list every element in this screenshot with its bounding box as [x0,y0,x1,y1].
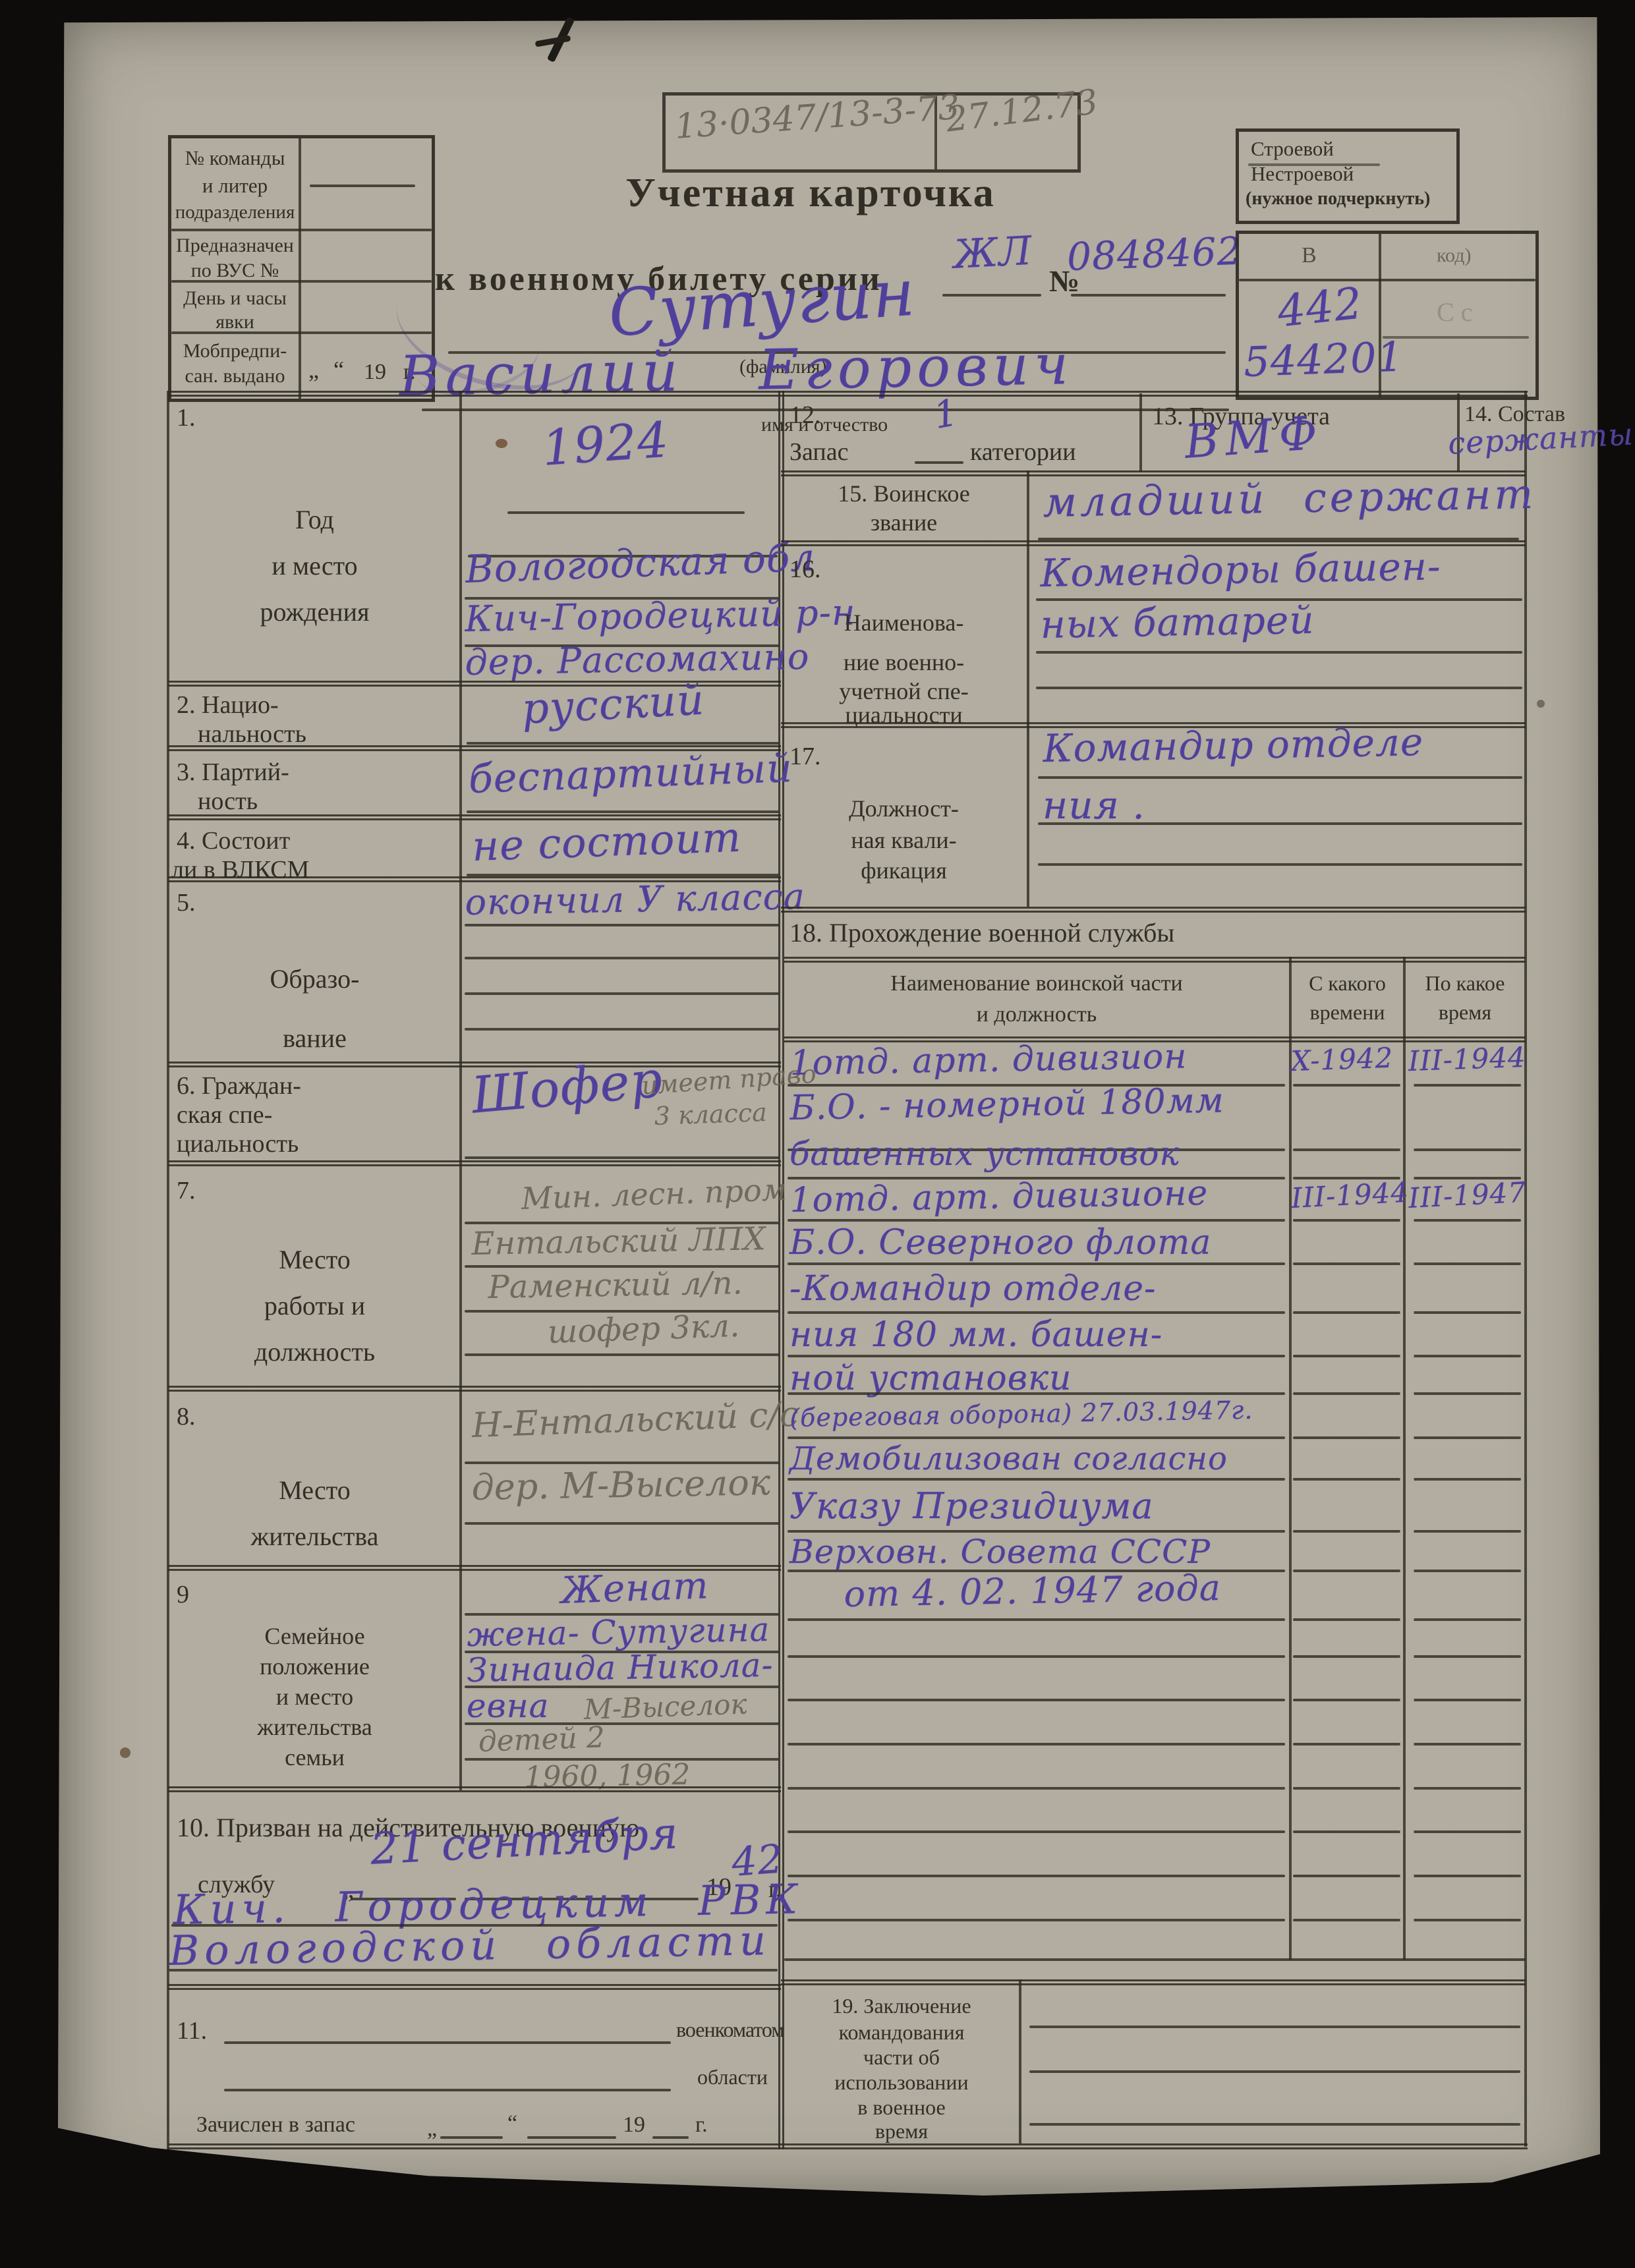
rule [1293,1919,1521,1921]
s18-service-line: Б.О. - номерной 180мм [789,1081,1224,1127]
rule [465,1156,779,1159]
s8-label: жительства [168,1521,461,1552]
rule [788,1787,1285,1790]
rule [788,1875,1285,1877]
rule [224,2089,671,2091]
rule [465,957,779,959]
label-mob-order: Мобпредпи- [171,340,299,362]
rule [942,294,1041,297]
rule [788,1830,1285,1833]
corner-box: № команды и литер подразделения Предназн… [168,135,435,402]
rule [1293,1530,1521,1533]
year-print: 19 [364,360,386,385]
s18-service-line: Указу Президиума [789,1485,1154,1527]
s8-num: 8. [177,1402,196,1431]
s8-residence-line: дер. М-Выселок [471,1461,771,1508]
s2-label: нальность [198,720,306,749]
s9-label: Семейное [168,1622,461,1650]
s18-col2-header: времени [1292,1000,1403,1025]
registry-stamp-box: 13·0347/13-3-73 27.12.73 [662,92,1081,173]
s16-label: ние военно- [781,648,1027,676]
s7-work-line: Раменский л/п. [488,1264,743,1306]
rule [527,2136,616,2139]
rule [465,992,779,995]
s16-label: Наименова- [781,609,1027,637]
s9-family-line: евна [467,1687,549,1725]
s6-pencil-note: 3 класса [654,1098,767,1131]
rule [1524,391,1527,2147]
rule [788,1311,1285,1314]
s6-label: циальность [177,1129,299,1158]
stain [120,1747,130,1758]
card-title: Учетная карточка [613,170,1008,217]
stain [496,439,507,448]
s13-group-value: ВМФ [1183,405,1325,469]
s4-label: 4. Состоит [177,826,290,855]
s7-label: Место [168,1244,461,1275]
vus-code-value: 544201 [1243,333,1404,386]
rule [1293,1148,1521,1151]
s18-from: X-1942 [1290,1042,1394,1077]
s11-quote: „ [427,2116,437,2141]
label-mob-order: сан. выдано [171,365,299,387]
rule [788,1392,1285,1395]
scanned-card-page: № команды и литер подразделения Предназн… [0,0,1635,2268]
s18-service-line: Б.О. Северного флота [789,1223,1211,1262]
quote-mark: “ [333,356,344,383]
rule [168,391,1528,397]
rule [168,1386,781,1392]
s9-label: и место [168,1683,461,1711]
s11-voenkomat: военкоматом [676,2018,784,2042]
s6-label: 6. Граждан- [177,1071,301,1100]
rule [440,2136,503,2139]
s19-label: командования [784,2020,1019,2045]
s4-komsomol: не состоит [471,813,742,870]
s1-birth-village: дер. Рассомахино [465,636,810,683]
s16-vus-name: ных батарей [1040,598,1315,647]
s2-label: 2. Нацио- [177,691,279,720]
s17-position: Командир отделе [1043,720,1424,771]
rule [784,1958,1526,1961]
rule [1293,1262,1521,1265]
rule [310,184,415,187]
stroevoi-box: Строевой Нестроевой (нужное подчеркнуть) [1236,128,1460,224]
s9-num: 9 [177,1580,189,1609]
faint-stamp: С с [1437,297,1472,327]
s19-label: время [784,2119,1019,2143]
label-vus-purpose: Предназначен [171,235,299,257]
s7-label: работы и [168,1290,461,1321]
s5-num: 5. [177,888,196,917]
s2-nationality: русский [521,675,706,733]
rule [1029,2026,1520,2028]
rule [465,1522,779,1525]
s11-quote: “ [507,2111,517,2136]
vus-code-header: код) [1437,244,1471,267]
rule [1293,1830,1521,1833]
rule [788,1618,1285,1621]
s16-num: 16. [789,555,821,584]
rule [1036,687,1522,689]
s18-service-line: Верховн. Совета СССР [789,1533,1211,1571]
s5-label: вание [168,1023,461,1054]
rule [1071,294,1226,297]
rule [1029,2123,1520,2126]
s3-label: 3. Партий- [177,758,289,787]
s19-label: в военное [784,2095,1019,2120]
rule [1036,651,1522,654]
rule [1293,1743,1521,1745]
rule [224,2041,671,2044]
rule [1293,1478,1521,1481]
rule [1038,776,1522,779]
s18-title: 18. Прохождение военной службы [789,917,1174,948]
label-team-number: № команды [171,146,299,170]
s18-col1-header: и должность [784,1002,1289,1027]
rule [788,1478,1285,1481]
s17-label: ная квали- [781,826,1027,854]
rule [788,1919,1285,1921]
s17-label: Должност- [781,795,1027,822]
rule [465,1353,779,1356]
s11-num: 11. [177,2016,207,2045]
s18-service-line: Демобилизован согласно [789,1440,1228,1477]
s18-service-line: -Командир отделе- [789,1269,1157,1309]
s11-g: г. [695,2112,708,2138]
rule [1293,1084,1521,1087]
s18-service-line: 1отд. арт. дивизион [789,1036,1188,1083]
s9-pencil-note: детей 2 [478,1720,606,1759]
ticket-number-value: 0848462 [1066,229,1243,279]
s18-service-line: башенных установок [789,1135,1180,1173]
s18-service-line: ния 180 мм. башен- [789,1315,1162,1355]
s18-service-line: от 4. 02. 1947 года [844,1567,1221,1615]
rule [422,409,1229,411]
rule [1293,1699,1521,1701]
s7-work-line: Ентальский ЛПХ [471,1220,766,1262]
s12-label: Запас [789,438,848,467]
s6-label: ская спе- [177,1100,272,1129]
s15-rank-value: младший сержант [1043,470,1537,526]
s15-label: 15. Воинское [781,480,1027,507]
s12-label2: категории [970,438,1076,467]
rule [467,742,779,745]
rule [788,1262,1285,1265]
s18-col2-header: С какого [1292,971,1403,996]
rule [788,1355,1285,1357]
rule [788,1655,1285,1658]
rule [1293,1570,1521,1572]
s5-education: окончил У класса [465,876,805,923]
ticket-series-value: ЖЛ [952,228,1033,278]
s18-col3-header: По какое [1406,971,1524,996]
rule [652,2136,689,2139]
s9-family-line: Зинаида Никола- [467,1646,774,1689]
rule [1038,863,1522,866]
s9-family-status: Женат [560,1564,710,1612]
label-report-time: День и часы [171,287,299,310]
name-patronymic-value: Василий Егорович [399,332,1074,409]
s11-reserve: Зачислен в запас [196,2112,355,2138]
s9-pencil-note: М-Выселок [583,1687,747,1726]
rule [168,1160,781,1166]
s19-label: части об [784,2045,1019,2070]
s3-label: ность [198,787,258,816]
quote-mark: „ [308,356,319,383]
s11-oblast: области [697,2065,768,2089]
rule [1027,470,1029,907]
s1-birth-year: 1924 [540,412,671,477]
rule [1293,1311,1521,1314]
s19-label: 19. Заключение [784,1994,1019,2018]
rule [1019,1979,1021,2143]
s9-label: жительства [168,1713,461,1741]
s5-label: Образо- [168,963,461,994]
s17-num: 17. [789,742,821,771]
s1-label: Год [168,504,461,535]
s18-col1-header: Наименование воинской части [784,971,1289,996]
s16-vus-name: Комендоры башен- [1040,544,1441,596]
rule [1293,1655,1521,1658]
rule [1293,1618,1521,1621]
rule [1239,279,1535,281]
s18-col3-header: время [1406,1000,1524,1025]
label-report-time: явки [171,311,299,333]
rule [465,1028,779,1031]
rule [171,229,432,231]
vus-header: В [1302,243,1317,268]
rule [788,1219,1285,1222]
label-nestroevoi: Нестроевой [1251,162,1354,186]
s19-label: использовании [784,2070,1019,2095]
s7-work-line: шофер 3кл. [547,1307,740,1351]
rule [1293,1355,1521,1357]
rule [1038,822,1522,825]
vus-code-box: В код) 442 544201 С с [1236,231,1539,400]
rule [788,1699,1285,1701]
s9-label: семьи [168,1744,461,1771]
s12-num: 12. [789,401,821,430]
rule [788,1436,1285,1439]
rule [299,138,301,399]
rule [788,1743,1285,1745]
label-vus-purpose: по ВУС № [171,260,299,282]
rule [465,924,779,926]
s18-to: III-1947 [1408,1176,1527,1214]
rule [507,511,745,514]
rule [781,1979,1526,1985]
rule [1139,393,1142,472]
s18-from: III-1944 [1290,1176,1410,1214]
s17-position: ния . [1043,783,1145,828]
s7-num: 7. [177,1176,196,1205]
label-underline-needed: (нужное подчеркнуть) [1246,188,1430,210]
s15-label: звание [781,509,1027,536]
rule [1293,1219,1521,1222]
s7-label: должность [168,1336,461,1367]
rule [168,1984,781,1990]
rule [168,2143,1528,2149]
rule [1293,1787,1521,1790]
rule [168,1786,781,1792]
stain [1537,700,1545,708]
vus-value: 442 [1275,278,1365,337]
rule [915,461,963,464]
s8-label: Место [168,1475,461,1506]
label-stroevoi: Строевой [1251,137,1334,161]
label-team-number: и литер [171,174,299,198]
rule [1383,336,1529,339]
registry-number: 13·0347/13-3-73 [674,88,961,147]
rule [1289,957,1292,1960]
s17-label: фикация [781,857,1027,884]
label-team-number: подразделения [171,202,299,223]
s18-service-line: 1отд. арт. дивизионе [789,1174,1209,1220]
s1-num: 1. [177,403,196,432]
s11-year: 19 [623,2112,645,2138]
rule [1029,2070,1520,2073]
s1-label: рождения [168,596,461,627]
s18-to: III-1944 [1408,1041,1526,1077]
rule [1293,1436,1521,1439]
rule [781,907,1526,913]
s1-label: и место [168,550,461,581]
rule [784,957,1526,963]
rule [1293,1392,1521,1395]
rule [1403,957,1406,1960]
rule [169,1969,778,1971]
rule [1293,1875,1521,1877]
s9-label: положение [168,1653,461,1680]
